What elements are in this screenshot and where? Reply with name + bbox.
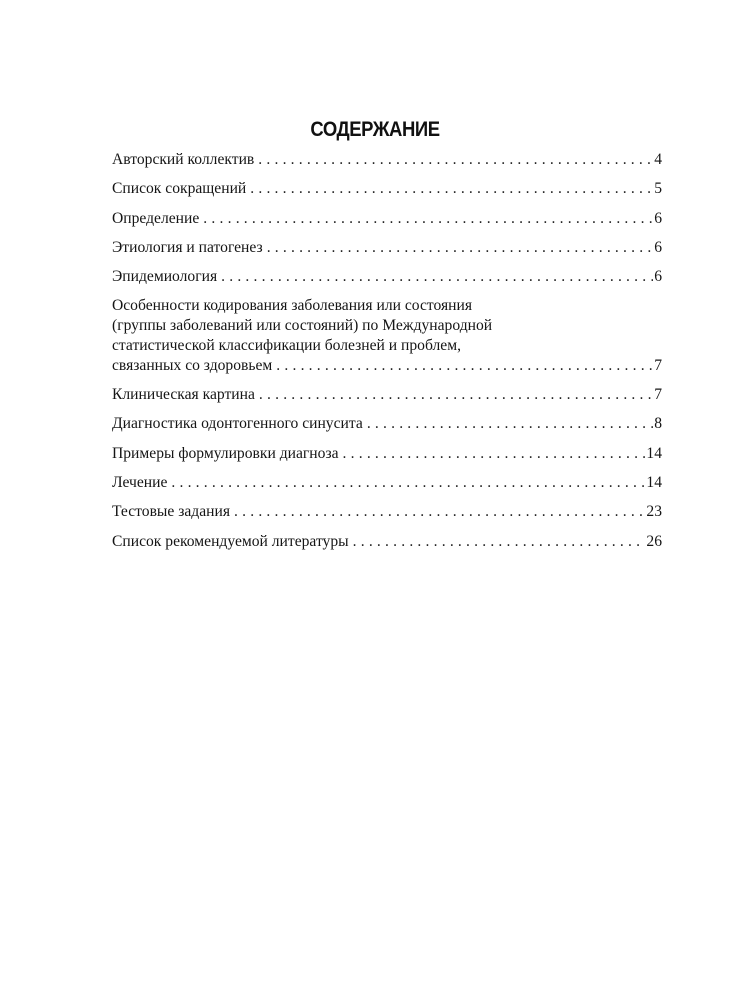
dot-leader: ........................................… xyxy=(367,414,653,434)
toc-entry-label-line: статистической классификации болезней и … xyxy=(112,336,662,356)
toc-page-number: 6 xyxy=(654,267,662,287)
dot-leader: ........................................… xyxy=(171,473,645,493)
dot-leader: ........................................… xyxy=(267,238,654,258)
toc-page-number: 7 xyxy=(654,385,662,405)
toc-entry[interactable]: Авторский коллектив.....................… xyxy=(112,150,662,170)
toc-entry[interactable]: Этиология и патогенез...................… xyxy=(112,238,662,258)
toc-entry[interactable]: Клиническая картина.....................… xyxy=(112,385,662,405)
toc-entry-label: Список сокращений xyxy=(112,179,246,199)
toc-entry[interactable]: Тестовые задания........................… xyxy=(112,502,662,522)
dot-leader: ........................................… xyxy=(259,385,653,405)
table-of-contents: Авторский коллектив.....................… xyxy=(112,150,662,561)
toc-entry[interactable]: Примеры формулировки диагноза...........… xyxy=(112,444,662,464)
dot-leader: ........................................… xyxy=(221,267,653,287)
toc-page-number: 6 xyxy=(654,238,662,258)
toc-page-number: 14 xyxy=(646,444,662,464)
toc-entry[interactable]: Диагностика одонтогенного синусита......… xyxy=(112,414,662,434)
toc-entry-label: Определение xyxy=(112,209,199,229)
toc-page-number: 5 xyxy=(654,179,662,199)
toc-page-number: 6 xyxy=(654,209,662,229)
toc-entry-label: Клиническая картина xyxy=(112,385,255,405)
toc-entry[interactable]: Список рекомендуемой литературы.........… xyxy=(112,532,662,552)
page-title: СОДЕРЖАНИЕ xyxy=(45,118,705,142)
toc-entry[interactable]: Список сокращений.......................… xyxy=(112,179,662,199)
toc-entry-label: Диагностика одонтогенного синусита xyxy=(112,414,363,434)
toc-page-number: 26 xyxy=(646,532,662,552)
toc-page-number: 23 xyxy=(646,502,662,522)
toc-page-number: 14 xyxy=(646,473,662,493)
toc-entry[interactable]: Лечение.................................… xyxy=(112,473,662,493)
toc-entry-label: Авторский коллектив xyxy=(112,150,254,170)
dot-leader: ........................................… xyxy=(258,150,653,170)
toc-entry-label: Список рекомендуемой литературы xyxy=(112,532,349,552)
dot-leader: ........................................… xyxy=(343,444,646,464)
document-page: СОДЕРЖАНИЕ Авторский коллектив..........… xyxy=(0,0,750,1000)
toc-entry-label: Лечение xyxy=(112,473,167,493)
dot-leader: ........................................… xyxy=(234,502,645,522)
dot-leader: ........................................… xyxy=(276,356,653,376)
toc-entry-label: связанных со здоровьем xyxy=(112,356,272,376)
toc-entry-label: Примеры формулировки диагноза xyxy=(112,444,339,464)
toc-page-number: 8 xyxy=(654,414,662,434)
dot-leader: ........................................… xyxy=(250,179,653,199)
toc-entry[interactable]: Определение.............................… xyxy=(112,209,662,229)
toc-entry-label: Эпидемиология xyxy=(112,267,217,287)
toc-entry-label-line: (группы заболеваний или состояний) по Ме… xyxy=(112,316,662,336)
toc-entry-label-line: Особенности кодирования заболевания или … xyxy=(112,296,662,316)
toc-entry[interactable]: Особенности кодирования заболевания или … xyxy=(112,296,662,375)
toc-entry-label: Этиология и патогенез xyxy=(112,238,263,258)
toc-page-number: 7 xyxy=(654,356,662,376)
toc-page-number: 4 xyxy=(654,150,662,170)
dot-leader: ........................................… xyxy=(203,209,653,229)
toc-entry-label: Тестовые задания xyxy=(112,502,230,522)
dot-leader: ........................................… xyxy=(353,532,646,552)
toc-entry[interactable]: Эпидемиология...........................… xyxy=(112,267,662,287)
